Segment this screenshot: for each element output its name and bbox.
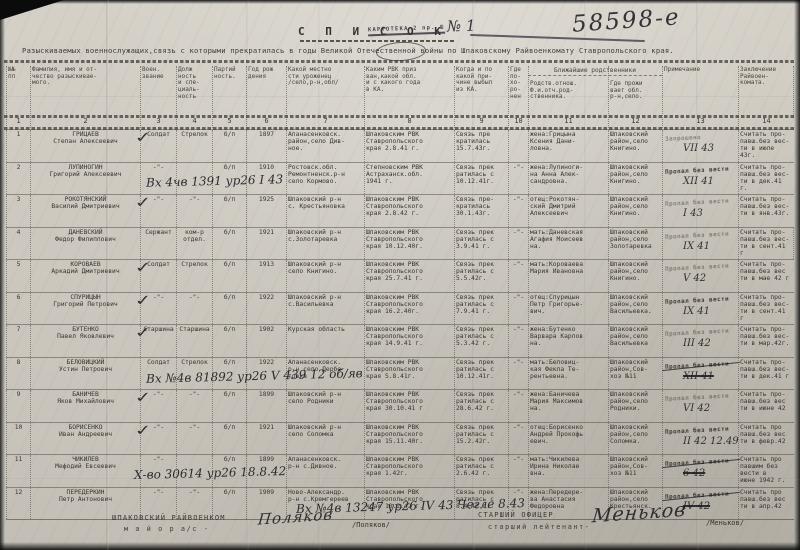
table-cell: отец:Борисенко Андрей Прокофь евич. (528, 423, 608, 455)
handwritten-checkmark: ✓ (134, 289, 151, 309)
handwritten-date-note: IX 41 (683, 306, 710, 317)
table-row: 1ГРИЦАЕВ Степан АлексеевичСолдатСтрелокб… (6, 129, 794, 162)
table-cell: Связь прек ратилась с 5.3.42 г. (454, 325, 508, 357)
table-cell: Шпаковский р-н с. Крестьяновка (286, 195, 364, 227)
left-signer-title: ШПАКОВСКИЙ РАЙВОЕНКОМ (112, 514, 226, 522)
table-body: 1ГРИЦАЕВ Степан АлексеевичСолдатСтрелокб… (6, 129, 794, 520)
scan-corner-wedge (0, 0, 64, 20)
table-cell: -"- (176, 423, 212, 455)
table-cell: Шпаковский район,село Соломка. (608, 423, 662, 455)
table-cell: Стрелок (176, 130, 212, 162)
table-cell: отец:Спурицын Петр Григорье- вич. (528, 293, 608, 325)
left-signature: Поляков (257, 505, 334, 528)
table-cell: 7 (6, 325, 30, 357)
table-cell: Шпаковский район,село Золотаревка (608, 228, 662, 260)
table-row: 6СПУРИЦЫН Григорий Петрович-"--"-б/п1922… (6, 292, 794, 325)
table-cell: мать:Беловиц- кая Фекла Те- рентьевна. (528, 358, 608, 390)
table-cell: Считать про павш.без вес ти в апр.42 (738, 488, 794, 520)
scanned-document-page: КАРТОТЕКА 2 пр. Ш 58598-е № 1 С П И С О … (0, 0, 800, 550)
column-number: 6 (246, 117, 286, 128)
table-cell: Шпаковский район,Сов- хоз №11 (608, 358, 662, 390)
table-cell: Считать про- павш.без вес- ти в дек.41 г… (738, 163, 794, 195)
scan-edge-bottom (0, 542, 800, 550)
handwritten-registration-number: 58598-е (571, 4, 681, 38)
table-cell: Связь пре кратилась 15.7.43г. (454, 130, 508, 162)
table-cell: 4 (6, 228, 30, 260)
scan-edge-top (0, 0, 800, 4)
table-header: №№ ппФамилия, имя и от- чество разыскива… (6, 66, 794, 116)
table-row: 9БАНИЧЕВ Яков Михайлович-"--"-б/п1899Шпа… (6, 389, 794, 422)
handwritten-date-note: II 42 12.49 (683, 436, 739, 447)
table-row: 7БУТЕНКО Павел ЯковлевичСтаршинаСтаршина… (6, 324, 794, 357)
table-cell: Пропал без вестиIX 41 (662, 228, 738, 260)
table-cell: Сержант (140, 228, 176, 260)
table-cell: Считать про- павш.без вес ти в июне 42 (738, 390, 794, 422)
column-number: 1 (6, 117, 30, 128)
table-cell: БОРИСЕНКО Иван Андреевич (30, 423, 140, 455)
table-cell: Считать про- павш.без вес- ти в сент.41 … (738, 228, 794, 260)
table-cell: Шпаковский р-н с.Золотаревка (286, 228, 364, 260)
header-cell: Год рож дения (246, 66, 286, 116)
table-cell: б/п (212, 293, 246, 325)
table-cell: б/п (212, 195, 246, 227)
table-cell: -"- (508, 455, 528, 487)
table-cell: -"- (508, 163, 528, 195)
header-cell: Примечание (662, 66, 738, 116)
table-cell: -"- (508, 358, 528, 390)
table-cell: Пропал без вестиII 42 12.49 (662, 423, 738, 455)
header-cell: Где по- хо- ро- нен (508, 66, 528, 116)
table-cell: 1913 (246, 260, 286, 292)
column-number: 11 (528, 117, 608, 128)
column-number-row: 1234567891011121314 (6, 117, 794, 128)
stamp-underline-stroke (470, 34, 645, 42)
table-cell: Связь прек ратилась с 28.6.42 г. (454, 390, 508, 422)
table-cell: 2 (6, 163, 30, 195)
column-number: 9 (454, 117, 508, 128)
column-number: 13 (662, 117, 738, 128)
table-cell: Апанасенковск. район,село Див- ное. (286, 130, 364, 162)
separator-line (4, 60, 796, 63)
handwritten-date-note: XII 41 (683, 176, 714, 187)
handwritten-date-note: V 42 (683, 273, 706, 284)
table-cell: РОКОТЯНСКИЙ Василий Дмитриевич (30, 195, 140, 227)
table-cell: Считать про павш.без вес ти в февр.42 (738, 423, 794, 455)
table-row: 8БЕЛОВИЦКИЙ Устин ПетровичСолдатСтрелокб… (6, 357, 794, 390)
left-signer-name: /Поляков/ (352, 521, 390, 529)
table-cell: БАНИЧЕВ Яков Михайлович (30, 390, 140, 422)
table-cell: Шпаковский район,село Васильевка. (608, 293, 662, 325)
table-cell: мать:Короваева Мария Ивановна (528, 260, 608, 292)
scan-edge-right (794, 0, 800, 550)
column-number: 5 (212, 117, 246, 128)
table-cell: ЧИКИЛЕВ Мефодий Евсеевич (30, 455, 140, 487)
table-cell: ком-р отдел. (176, 228, 212, 260)
table-cell: мать:Чикилева Ирина Николае вна. (528, 455, 608, 487)
table-cell: 12 (6, 488, 30, 520)
table-cell: ЛУПИНОГИН Григорий Алексеевич (30, 163, 140, 195)
table-cell: б/п (212, 390, 246, 422)
relatives-group-header: Ближайшие родственники (528, 67, 662, 76)
table-cell: Шпаковский р-н село Соломка (286, 423, 364, 455)
table-cell: Шпаковский р-н село Книгино. (286, 260, 364, 292)
table-cell: Шпаковским РВК Ставропольского края 2.8.… (364, 195, 454, 227)
table-cell: БУТЕНКО Павел Яковлевич (30, 325, 140, 357)
handwritten-ink-note: Вх 4чв 1391 ур26 I 43 (146, 172, 284, 190)
table-row: 5КОРОВАЕВ Аркадий ДмитриевичСолдатСтрело… (6, 259, 794, 292)
handwritten-list-number: № 1 (447, 17, 476, 36)
table-cell: -"- (508, 423, 528, 455)
table-cell: Считать про- павш.без вес ти в мае 42 г (738, 260, 794, 292)
header-cell: Партий ность. (212, 66, 246, 116)
scan-edge-left (0, 0, 5, 550)
table-cell: -"- (508, 325, 528, 357)
table-cell: -"- (508, 293, 528, 325)
table-cell: Связь прек ратилась с 7.9.41 г. (454, 293, 508, 325)
table-cell: Считать про- павш.без вес- ти в сент.41 … (738, 293, 794, 325)
handwritten-date-note: VI 42 (683, 403, 710, 414)
column-number: 10 (508, 117, 528, 128)
table-cell: Связь прек ратилась с 15.2.42г. (454, 423, 508, 455)
column-number: 14 (738, 117, 794, 128)
column-number: 2 (30, 117, 140, 128)
table-cell: Шпаковским РВК Ставропольского края 14.9… (364, 325, 454, 357)
table-cell: 8 (6, 358, 30, 390)
table-cell: -"- (508, 228, 528, 260)
handwritten-checkmark: ✓ (134, 127, 151, 147)
table-cell: ГРИЦАЕВ Степан Алексеевич (30, 130, 140, 162)
header-cell: Заключение Райвоен- комата. (738, 66, 794, 116)
handwritten-date-note: VII 43 (683, 143, 714, 154)
handwritten-checkmark: ✓ (134, 387, 151, 407)
table-cell: Курская область (286, 325, 364, 357)
table-cell: жена:Лупиноги- на Анна Алек- сандровна. (528, 163, 608, 195)
table-cell: 5 (6, 260, 30, 292)
table-cell: мать:Даневская Агафия Моисеев на. (528, 228, 608, 260)
document-title: С П И С О К (298, 25, 448, 38)
table-cell: жена:Баничева Мария Максимов на. (528, 390, 608, 422)
table-cell: Считать про- павш.без вес- ти в мар.42г. (738, 325, 794, 357)
table-cell: Шпаковским РВК Ставропольского края 25.7… (364, 260, 454, 292)
table-cell: Шпаковский район,село Книгино. (608, 130, 662, 162)
table-row: 10БОРИСЕНКО Иван Андреевич-"--"-б/п1921Ш… (6, 422, 794, 455)
table-cell: Связь прек ратилась с 10.12.41г. (454, 358, 508, 390)
table-cell: Шпаковским РВК Ставропольского края 15.1… (364, 423, 454, 455)
table-cell: Старшина (176, 325, 212, 357)
table-row: 4ДАНЕВСКИЙ Федор ФилипповичСержантком-р … (6, 227, 794, 260)
table-cell: -"- (176, 390, 212, 422)
table-cell: Степновским РВК Астраханск.обл. 1941 г. (364, 163, 454, 195)
table-cell: КОРОВАЕВ Аркадий Дмитриевич (30, 260, 140, 292)
table-cell: Шпаковский район,село Васильевка (608, 325, 662, 357)
table-cell: Шпаковским РВК Ставропольского края 30.1… (364, 390, 454, 422)
table-cell: Шпаковский район,село Книгино. (608, 260, 662, 292)
table-row: 2ЛУПИНОГИН Григорий Алексеевич-"-б/п1910… (6, 162, 794, 195)
table-cell: БЕЛОВИЦКИЙ Устин Петрович (30, 358, 140, 390)
table-cell: жена:Бутенко Варвара Карпов на. (528, 325, 608, 357)
handwritten-date-note: I 43 (683, 208, 703, 219)
table-cell: Считать про- павш.без вес- ти в дек.41 г (738, 358, 794, 390)
table-cell: -"- (176, 293, 212, 325)
column-number: 7 (286, 117, 364, 128)
table-cell: Пропал без вестиI 43 (662, 195, 738, 227)
table-cell: 1902 (246, 325, 286, 357)
table-cell: Пропал без вестиIII 42 (662, 325, 738, 357)
table-cell: Стрелок (176, 260, 212, 292)
table-cell: Шпаковский район,село Книгино. (608, 195, 662, 227)
table-cell: Ростовск.обл. Ремонтненск.р-н село Кормо… (286, 163, 364, 195)
handwritten-checkmark: ✓ (134, 257, 151, 277)
handwritten-date-note: III 42 (683, 338, 711, 349)
table-cell: б/п (212, 130, 246, 162)
header-cell: Каким РВК приз ван,какой обл. и с какого… (364, 66, 454, 116)
table-cell: Шпаковский район,село Родники. (608, 390, 662, 422)
table-cell: 1899 (246, 390, 286, 422)
handwritten-date-note: 6 42 (683, 468, 705, 479)
handwritten-date-note: XII 41 (683, 371, 714, 382)
table-cell: Пропал без вестиXII 41 (662, 358, 738, 390)
column-number: 12 (608, 117, 662, 128)
table-cell: -"- (508, 260, 528, 292)
column-number: 8 (364, 117, 454, 128)
table-cell: Шпаковским РВК Ставропольского края 2.8.… (364, 130, 454, 162)
table-cell: -"- (508, 390, 528, 422)
table-row: 11ЧИКИЛЕВ Мефодий Евсеевич-"-б/п1899Апан… (6, 454, 794, 487)
table-cell: Шпаковский район,село Книгино. (608, 163, 662, 195)
title-underline (300, 40, 456, 42)
table-cell: Апанасенковск. р-н с.Дивное. (286, 455, 364, 487)
table-cell: б/п (212, 228, 246, 260)
table-cell: 11 (6, 455, 30, 487)
header-cell: Фамилия, имя и от- чество разыскивае- мо… (30, 66, 140, 116)
table-cell: 1921 (246, 423, 286, 455)
table-cell: Считать про- павш.без вес- ти в июле 43г… (738, 130, 794, 162)
table-cell: Пропал без вести6 42 (662, 455, 738, 487)
header-cell: Воен. звание (140, 66, 176, 116)
table-cell: 1925 (246, 195, 286, 227)
table-cell: Шпаковским РВК Ставропольского края 1.42… (364, 455, 454, 487)
table-cell: 1 (6, 130, 30, 162)
left-signer-rank: м а й о р а/с - (124, 525, 209, 533)
table-cell: Связь пре- кратилась 30.1.43г. (454, 195, 508, 227)
table-row: 3РОКОТЯНСКИЙ Василий Дмитриевич-"--"-б/п… (6, 194, 794, 227)
table-cell: б/п (212, 423, 246, 455)
table-cell: Шпаковский р-н село Родники (286, 390, 364, 422)
right-signer-name: /Меньков/ (706, 519, 744, 527)
handwritten-checkmark: ✓ (134, 419, 151, 439)
table-cell: ДАНЕВСКИЙ Федор Филиппович (30, 228, 140, 260)
table-cell: б/п (212, 260, 246, 292)
table-cell: СПУРИЦЫН Григорий Петрович (30, 293, 140, 325)
table-cell: Связь прек ратилась с 5.5.42г. (454, 260, 508, 292)
table-cell (508, 130, 528, 162)
header-cell: №№ пп (6, 66, 30, 116)
header-cell: Долж ность и спе- циаль- ность (176, 66, 212, 116)
column-number: 4 (176, 117, 212, 128)
table-cell: Шпаковским РВК Ставропольского края 5.8.… (364, 358, 454, 390)
table-cell: Считать про- павш.без вес- ти в янв.43г. (738, 195, 794, 227)
table-cell: 1922 (246, 293, 286, 325)
table-cell: Связь прек ратилась с 3.9.41 г. (454, 228, 508, 260)
table-cell: Связь прек ратилась с 2.6.42 г. (454, 455, 508, 487)
handwritten-date-note: IX 41 (683, 241, 710, 252)
table-cell: Шпаковский район,Сов- хоз №11 (608, 455, 662, 487)
handwritten-checkmark: ✓ (134, 322, 151, 342)
table-cell: Считать про павшим без вести в июне 1942… (738, 455, 794, 487)
table-cell: Пропал без вестиIX 41 (662, 293, 738, 325)
table-cell: ЗапрошеноVII 43 (662, 130, 738, 162)
header-cell: Какой местно сти уроженец /село,р-н,обл/ (286, 66, 364, 116)
table-cell: 6 (6, 293, 30, 325)
table-cell: Связь прек ратилась с 10.12.41г. (454, 163, 508, 195)
table-cell: Пропал без вестиV 42 (662, 260, 738, 292)
table-cell: отец:Рокотян- ский Дмитрий Алексеевич (528, 195, 608, 227)
header-cell: Когда и по какой при- чине выбыл из КА. (454, 66, 508, 116)
table-cell: б/п (212, 325, 246, 357)
table-cell: Шпаковский р-н с.Васильевка (286, 293, 364, 325)
right-signer-title: СТАРШИЙ ОФИЦЕР (478, 511, 554, 519)
table-cell: Шпаковским РВК Ставропольского края 16.2… (364, 293, 454, 325)
right-signer-rank: старший лейтенант- (488, 523, 590, 531)
table-cell: -"- (176, 195, 212, 227)
table-cell: Шпаковским РВК Ставропольского края 10.1… (364, 228, 454, 260)
table-cell: 10 (6, 423, 30, 455)
table-cell: 1897 (246, 130, 286, 162)
table-cell: 1921 (246, 228, 286, 260)
table-cell: 3 (6, 195, 30, 227)
table-cell: Пропал без вестиXII 41 (662, 163, 738, 195)
table-cell: -"- (508, 195, 528, 227)
table-cell: жена:Грицына Ксения Дани- ловна. (528, 130, 608, 162)
table-cell: 9 (6, 390, 30, 422)
handwritten-checkmark: ✓ (134, 192, 151, 212)
table-cell: Пропал без вестиVI 42 (662, 390, 738, 422)
